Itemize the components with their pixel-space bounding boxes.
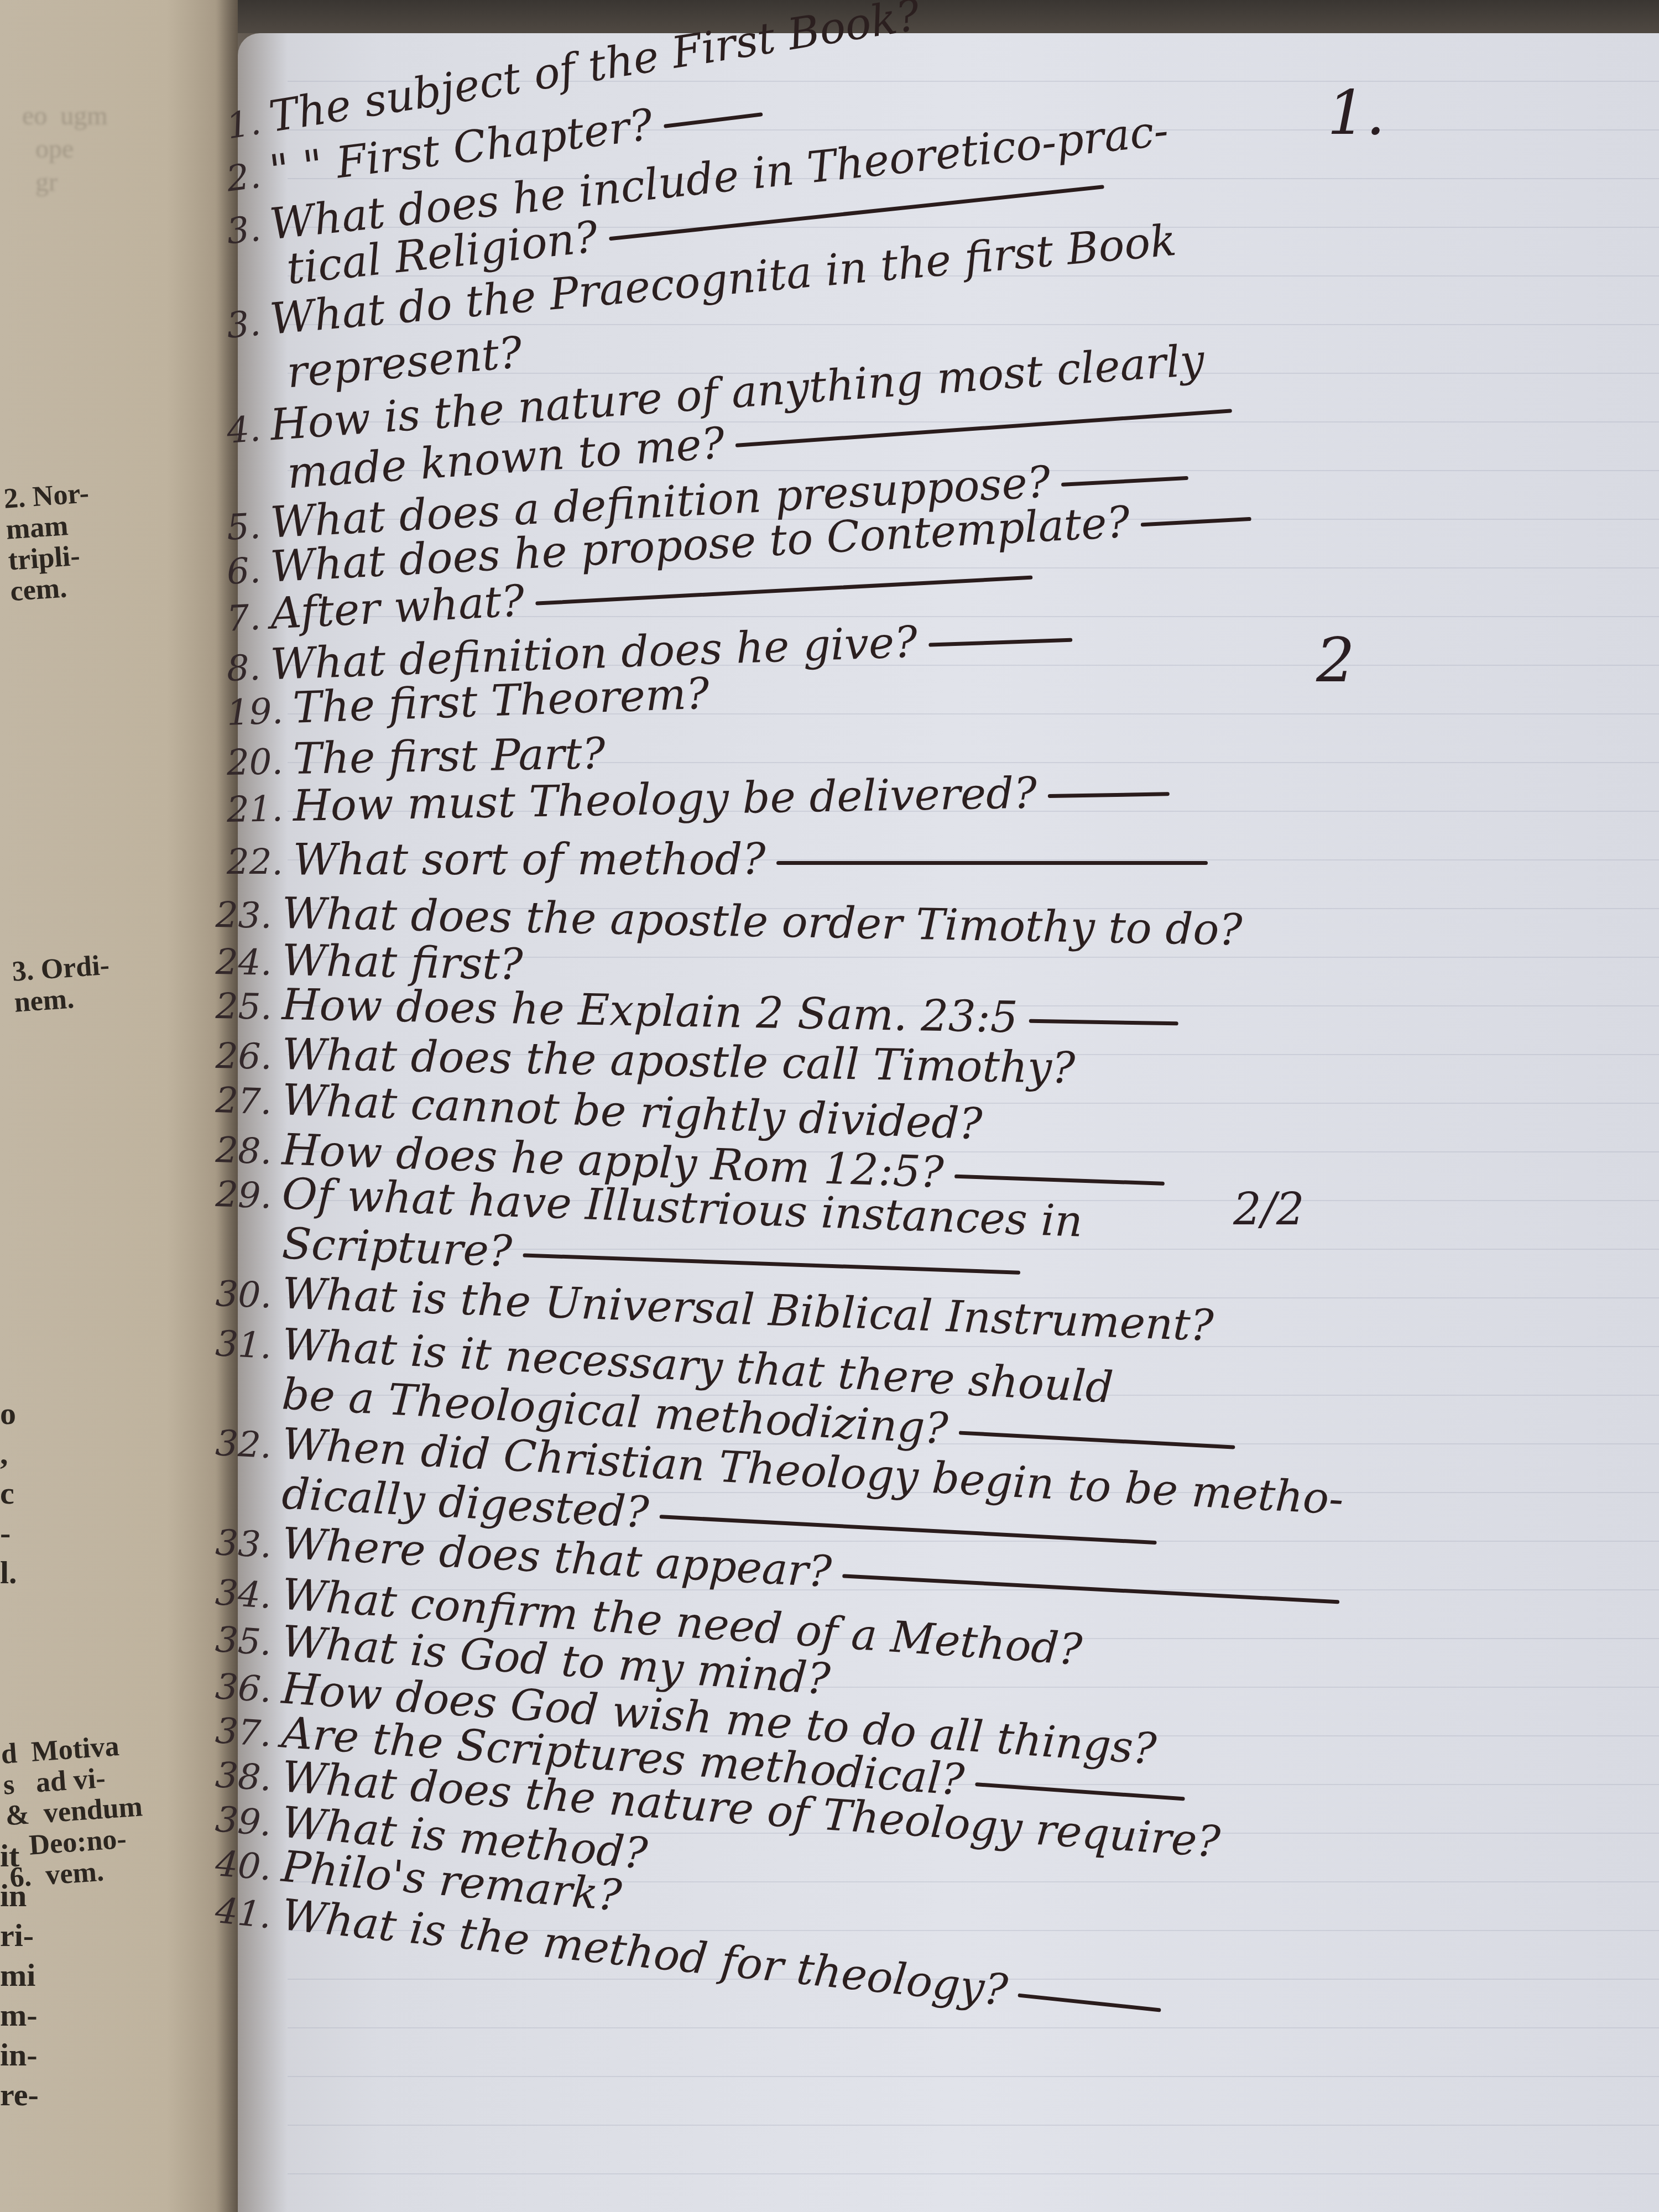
text-edge-fragments: o , c - l. [0, 1394, 17, 1593]
question-text: The first Part? [293, 729, 606, 784]
question-number: 19. [226, 691, 284, 734]
question-number: 6. [226, 550, 262, 593]
answer-line [928, 638, 1072, 647]
answer-line [664, 112, 763, 128]
answer-line [523, 1253, 1020, 1274]
question-number: 28. [215, 1130, 273, 1173]
question-number: 32. [215, 1423, 273, 1467]
answer-line [776, 861, 1208, 865]
question-number: 22. [227, 842, 283, 883]
question-number: 41. [213, 1890, 274, 1937]
show-through-text: eo ugm ope gr [22, 100, 108, 199]
question-number: 3. [225, 208, 262, 253]
answer-line [1018, 1993, 1161, 2012]
text-edge-fragments-lower: it in ri- mi m- in- re- [0, 1836, 39, 2115]
question-number: 8. [226, 648, 262, 690]
answer-line [954, 1175, 1165, 1186]
question-number: 25. [215, 986, 272, 1028]
answer-line [958, 1431, 1235, 1449]
question-number: 2. [225, 155, 263, 200]
answer-line [1061, 476, 1188, 487]
question-line: 22.What sort of method? [227, 835, 1609, 888]
question-number: 34. [214, 1572, 273, 1617]
question-text: Scripture? [281, 1219, 513, 1276]
question-number: 1. [224, 102, 264, 148]
answer-line [975, 1782, 1185, 1801]
question-number: 21. [226, 789, 283, 831]
question-number: 31. [215, 1323, 273, 1367]
answer-line [1141, 517, 1251, 526]
question-number: 33. [215, 1522, 273, 1566]
question-number: 27. [215, 1080, 273, 1123]
question-number: 40. [214, 1843, 274, 1889]
answer-line [842, 1574, 1339, 1604]
question-number: 20. [226, 742, 283, 784]
answer-line [1029, 1019, 1178, 1026]
question-number: 26. [215, 1036, 272, 1078]
question-number: 5. [226, 506, 262, 549]
margin-note-2: 2. Nor- mam tripli- cem. [3, 478, 96, 607]
question-number: 30. [215, 1274, 273, 1317]
answer-line [659, 1515, 1156, 1545]
left-printed-page: eo ugm ope gr 2. Nor- mam tripli- cem. 3… [0, 0, 238, 2212]
margin-note-3: 3. Ordi- nem. [11, 950, 113, 1019]
answer-line [1048, 792, 1170, 798]
right-manuscript-page: 1. 2 2/2 1.The subject of the First Book… [238, 33, 1659, 2212]
question-text: What sort of method? [293, 835, 766, 885]
question-number: 24. [215, 942, 272, 984]
question-number: 7. [226, 597, 262, 640]
question-number: 4. [226, 409, 262, 452]
question-number: 29. [215, 1174, 273, 1217]
question-number: 3. [225, 303, 262, 347]
question-number: 23. [215, 895, 272, 937]
answer-line [535, 576, 1032, 606]
question-number: 35. [214, 1619, 273, 1664]
